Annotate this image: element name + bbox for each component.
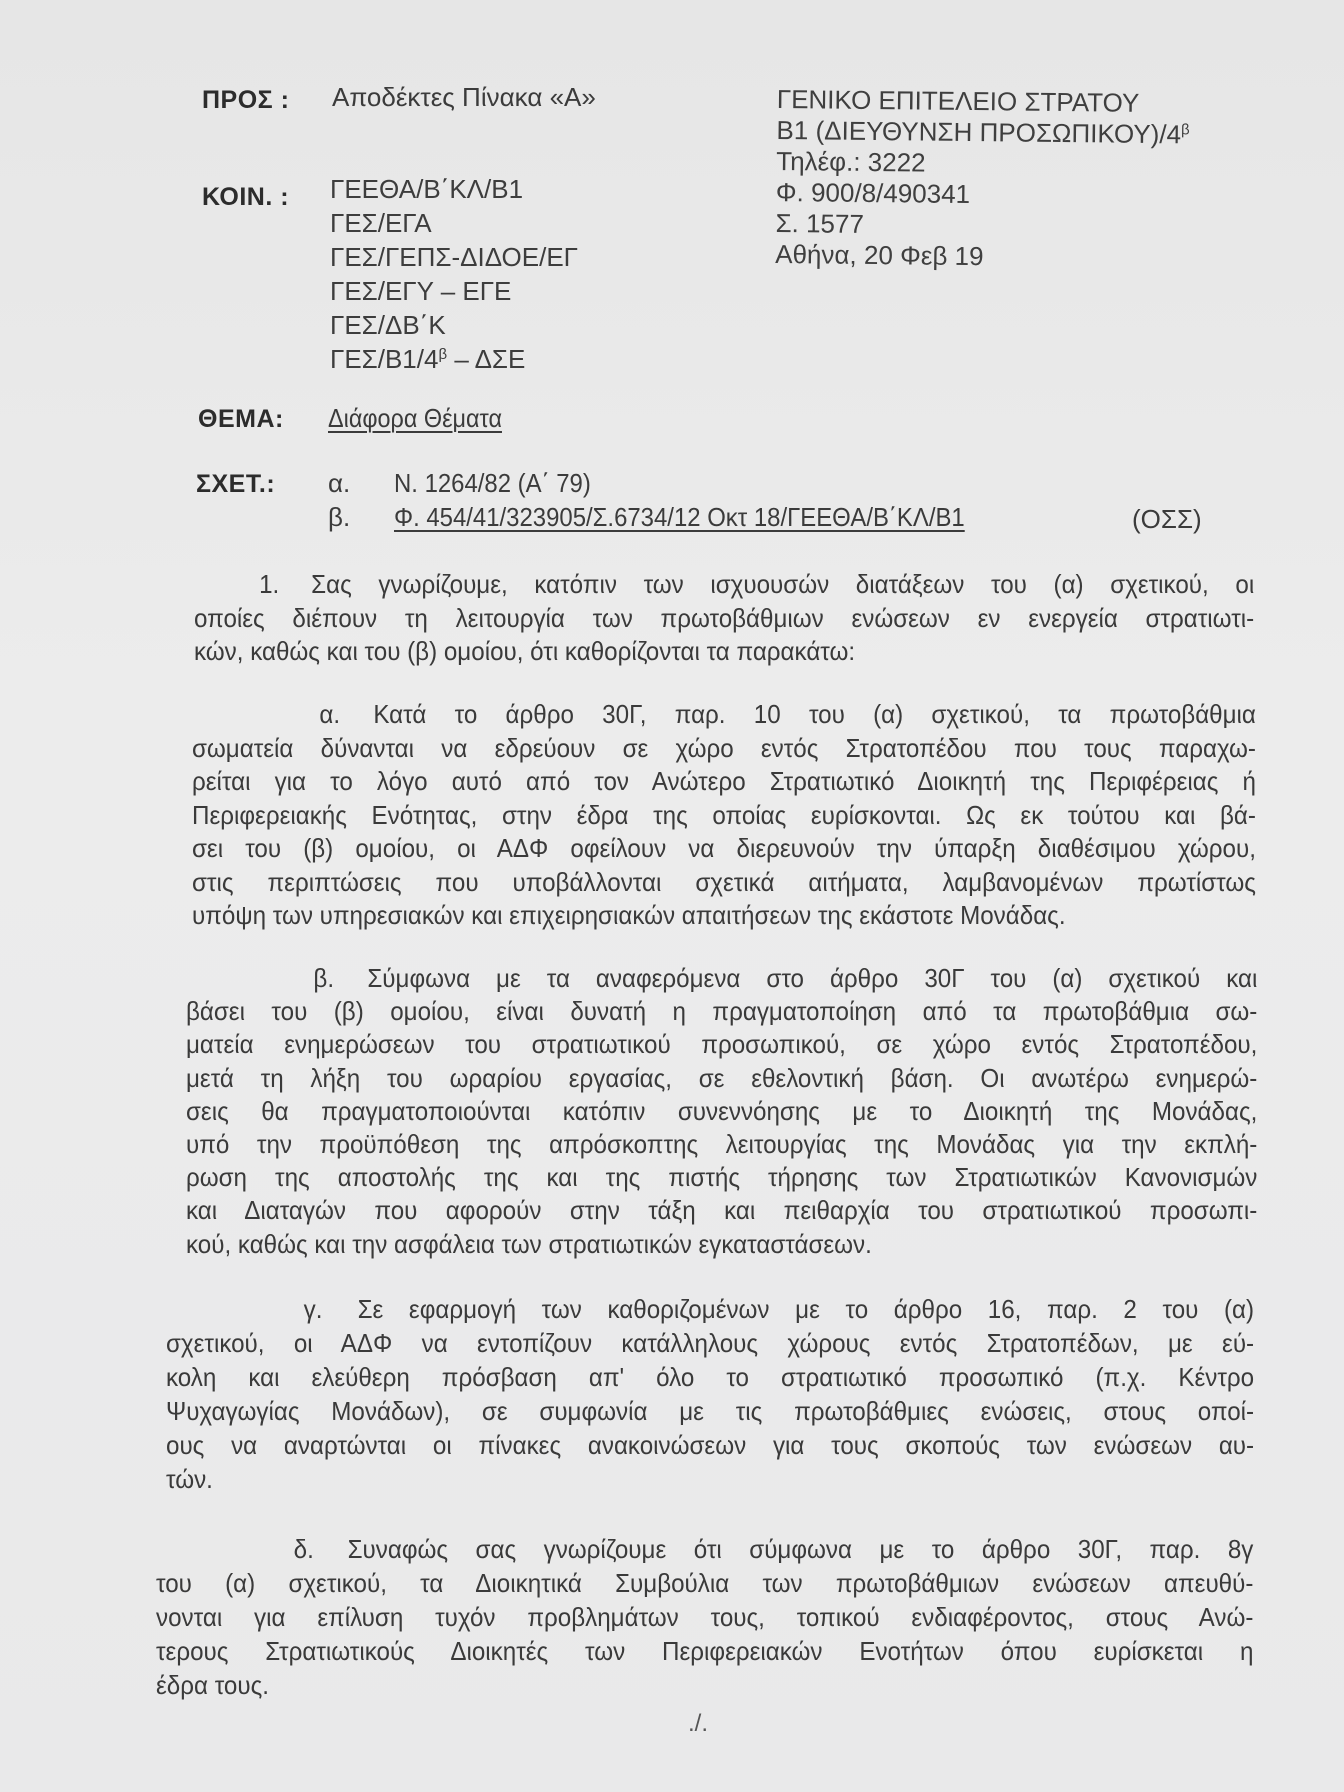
koin-recipient: ΓΕΣ/ΔΒ΄Κ <box>330 308 578 342</box>
item-delta: δ.Συναφώς σας γνωρίζουμε ότι σύμφωνα με … <box>156 1532 1253 1702</box>
document-page: ΠΡΟΣ : Αποδέκτες Πίνακα «Α» ΚΟΙΝ. : ΓΕΕΘ… <box>0 0 1344 1792</box>
item-marker: δ. <box>294 1532 348 1566</box>
to-label: ΠΡΟΣ : <box>202 86 289 115</box>
subject-value: Διάφορα Θέματα <box>328 403 502 434</box>
sender-serial: Σ. 1577 <box>775 208 1188 243</box>
item-marker: α. <box>319 698 373 732</box>
to-value: Αποδέκτες Πίνακα «Α» <box>332 82 596 113</box>
ref-text: Φ. 454/41/323905/Σ.6734/12 Οκτ 18/ΓΕΕΘΑ/… <box>394 502 965 533</box>
koin-recipient: ΓΕΣ/ΓΕΠΣ-ΔΙΔΟΕ/ΕΓ <box>330 240 578 274</box>
koin-recipient: ΓΕΣ/ΕΓΑ <box>330 206 578 240</box>
koin-recipient: ΓΕΕΘΑ/Β΄ΚΛ/Β1 <box>330 172 578 206</box>
item-marker: γ. <box>304 1292 358 1326</box>
sender-dept: Β1 (ΔΙΕΥΘΥΝΣΗ ΠΡΟΣΩΠΙΚΟΥ)/4β <box>776 115 1189 150</box>
ref-marker: β. <box>328 502 350 533</box>
sender-org: ΓΕΝΙΚΟ ΕΠΙΤΕΛΕΙΟ ΣΤΡΑΤΟΥ <box>777 84 1190 119</box>
sender-phone: Τηλέφ.: 3222 <box>776 146 1189 181</box>
koin-recipient: ΓΕΣ/ΕΓΥ – ΕΓΕ <box>330 274 578 308</box>
paragraph-1: 1.Σας γνωρίζουμε, κατόπιν των ισχυουσών … <box>194 568 1254 669</box>
continuation-mark: ./. <box>688 1710 708 1738</box>
subject-label: ΘΕΜΑ: <box>198 405 284 434</box>
paragraph-marker: 1. <box>259 568 311 602</box>
sender-file-no: Φ. 900/8/490341 <box>776 177 1189 212</box>
ref-note: (ΟΣΣ) <box>1132 504 1202 535</box>
koin-recipient-list: ΓΕΕΘΑ/Β΄ΚΛ/Β1 ΓΕΣ/ΕΓΑ ΓΕΣ/ΓΕΠΣ-ΔΙΔΟΕ/ΕΓ … <box>330 172 578 376</box>
refs-label: ΣΧΕΤ.: <box>196 470 275 499</box>
item-gamma: γ.Σε εφαρμογή των καθοριζομένων με το άρ… <box>166 1292 1254 1496</box>
koin-recipient: ΓΕΣ/Β1/4β – ΔΣΕ <box>330 342 578 376</box>
item-alpha: α.Κατά το άρθρο 30Γ, παρ. 10 του (α) σχε… <box>192 698 1256 933</box>
sender-block: ΓΕΝΙΚΟ ΕΠΙΤΕΛΕΙΟ ΣΤΡΑΤΟΥ Β1 (ΔΙΕΥΘΥΝΣΗ Π… <box>775 84 1190 274</box>
sender-place-date: Αθήνα, 20 Φεβ 19 <box>775 239 1188 274</box>
ref-text: Ν. 1264/82 (Α΄ 79) <box>394 468 591 499</box>
item-marker: β. <box>313 962 367 995</box>
item-beta: β.Σύμφωνα με τα αναφερόμενα στο άρθρο 30… <box>186 962 1257 1261</box>
koin-label: ΚΟΙΝ. : <box>202 183 289 212</box>
ref-marker: α. <box>328 468 350 499</box>
